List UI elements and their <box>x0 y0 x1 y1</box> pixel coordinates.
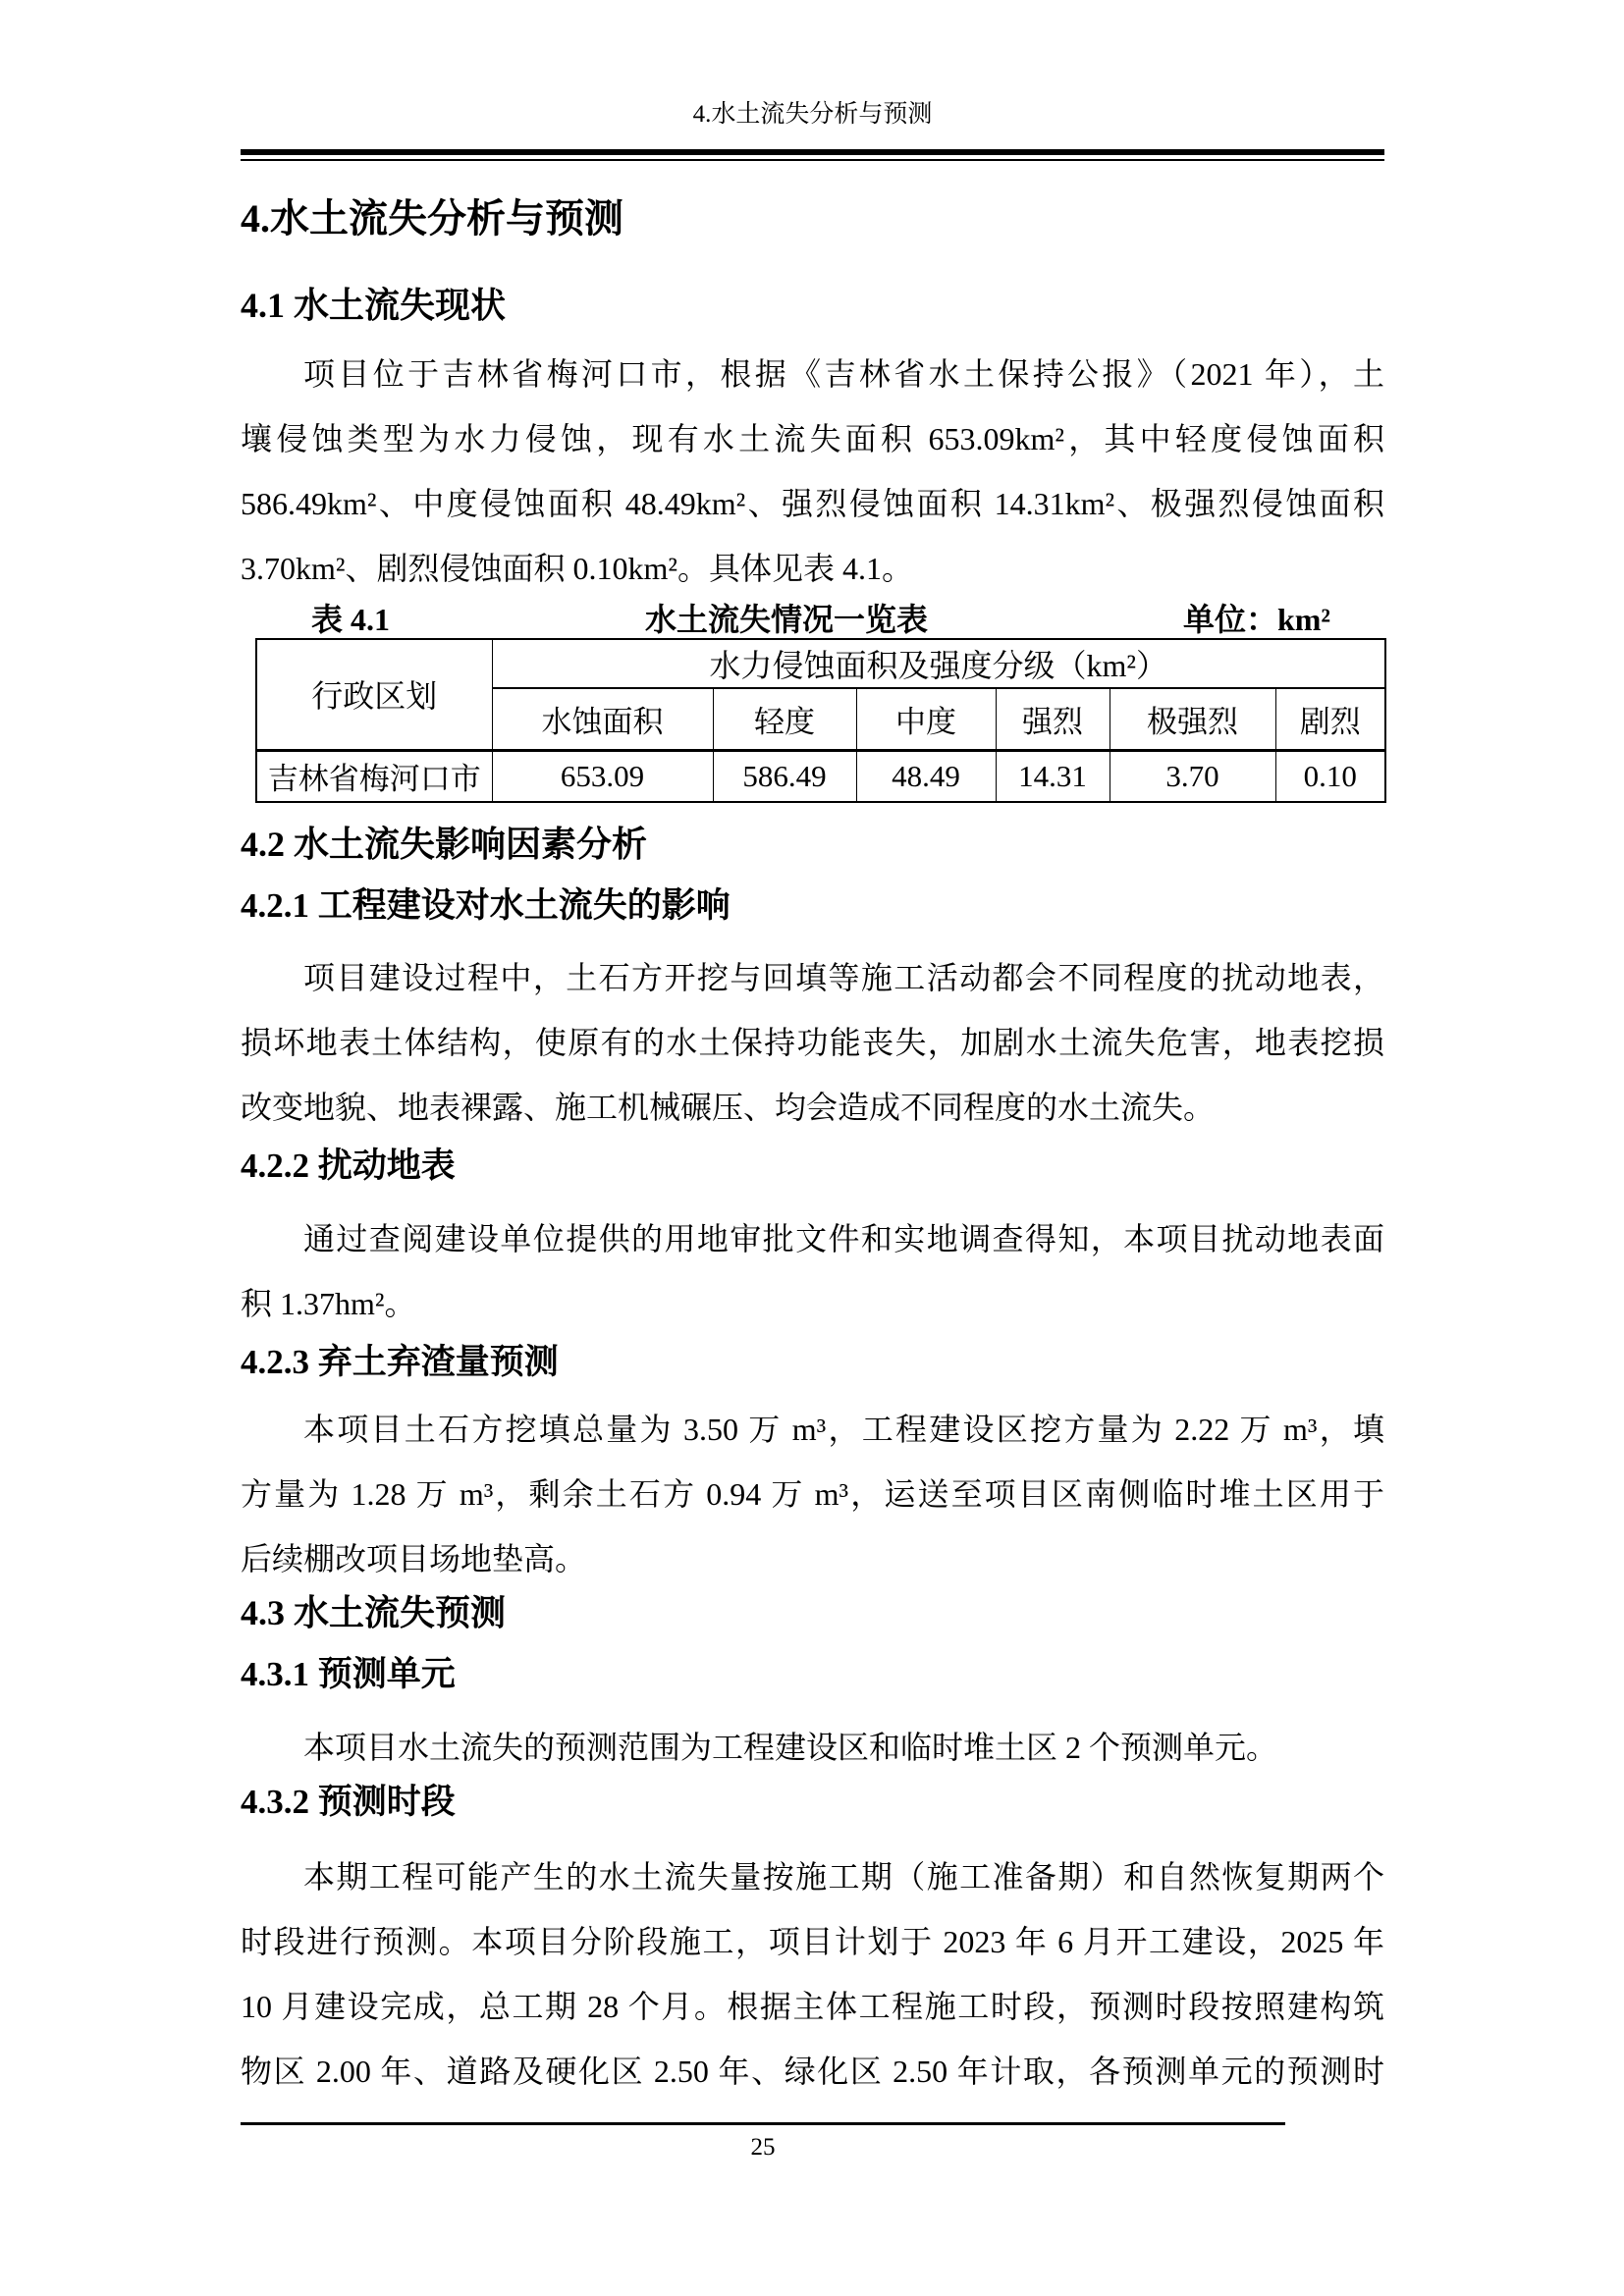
value-cell: 653.09 <box>492 750 713 802</box>
heading-4-3-1: 4.3.1 预测单元 <box>241 1654 1384 1695</box>
body-line: 项目位于吉林省梅河口市，根据《吉林省水土保持公报》（2021 年），土 <box>241 342 1384 406</box>
header-rule <box>241 149 1384 161</box>
heading-4-3-2: 4.3.2 预测时段 <box>241 1782 1384 1823</box>
column-header-cell: 中度 <box>856 688 996 750</box>
column-header-cell: 强烈 <box>996 688 1110 750</box>
table-caption-title: 水土流失情况一览表 <box>645 601 928 638</box>
body-line: 项目建设过程中，土石方开挖与回填等施工活动都会不同程度的扰动地表， <box>241 945 1384 1010</box>
body-line: 586.49km²、中度侵蚀面积 48.49km²、强烈侵蚀面积 14.31km… <box>241 471 1384 536</box>
region-cell: 吉林省梅河口市 <box>256 750 492 802</box>
column-header-cell: 极强烈 <box>1110 688 1275 750</box>
erosion-table: 行政区划 水力侵蚀面积及强度分级（km²） 水蚀面积 轻度 中度 强烈 极强烈 … <box>255 638 1386 803</box>
body-line: 物区 2.00 年、道路及硬化区 2.50 年、绿化区 2.50 年计取，各预测… <box>241 2039 1384 2104</box>
table-caption-unit: 单位：km² <box>1183 601 1330 638</box>
page-header-text: 4.水土流失分析与预测 <box>241 0 1384 130</box>
paragraph-5: 本项目水土流失的预测范围为工程建设区和临时堆土区 2 个预测单元。 <box>241 1715 1384 1780</box>
heading-4-3: 4.3 水土流失预测 <box>241 1591 1384 1634</box>
heading-4-2: 4.2 水土流失影响因素分析 <box>241 823 1384 866</box>
page-number: 25 <box>241 2125 1285 2163</box>
body-line: 积 1.37hm²。 <box>241 1271 1384 1336</box>
corner-header-cell: 行政区划 <box>256 639 492 750</box>
document-page: 4.水土流失分析与预测 4.水土流失分析与预测 4.1 水土流失现状 项目位于吉… <box>0 0 1624 2296</box>
body-line: 方量为 1.28 万 m³，剩余土石方 0.94 万 m³，运送至项目区南侧临时… <box>241 1462 1384 1526</box>
group-header-cell: 水力侵蚀面积及强度分级（km²） <box>492 639 1385 688</box>
value-cell: 48.49 <box>856 750 996 802</box>
body-line: 损坏地表土体结构，使原有的水土保持功能丧失，加剧水土流失危害，地表挖损 <box>241 1010 1384 1075</box>
value-cell: 3.70 <box>1110 750 1275 802</box>
table-group-header-row: 行政区划 水力侵蚀面积及强度分级（km²） <box>256 639 1385 688</box>
paragraph-1: 项目位于吉林省梅河口市，根据《吉林省水土保持公报》（2021 年），土 壤侵蚀类… <box>241 342 1384 601</box>
document-title: 4.水土流失分析与预测 <box>241 193 1384 244</box>
table-caption: 表 4.1 水土流失情况一览表 单位：km² <box>241 601 1384 638</box>
page-content: 4.水土流失分析与预测 4.水土流失分析与预测 4.1 水土流失现状 项目位于吉… <box>0 0 1624 2104</box>
heading-4-2-2: 4.2.2 扰动地表 <box>241 1146 1384 1187</box>
body-line: 10 月建设完成，总工期 28 个月。根据主体工程施工时段，预测时段按照建构筑 <box>241 1974 1384 2039</box>
body-line: 后续棚改项目场地垫高。 <box>241 1526 1384 1591</box>
paragraph-6: 本期工程可能产生的水土流失量按施工期（施工准备期）和自然恢复期两个 时段进行预测… <box>241 1844 1384 2104</box>
page-footer: 25 <box>241 2122 1285 2163</box>
heading-4-2-3: 4.2.3 弃土弃渣量预测 <box>241 1342 1384 1383</box>
column-header-cell: 水蚀面积 <box>492 688 713 750</box>
body-line: 3.70km²、剧烈侵蚀面积 0.10km²。具体见表 4.1。 <box>241 536 1384 601</box>
column-header-cell: 轻度 <box>713 688 856 750</box>
paragraph-2: 项目建设过程中，土石方开挖与回填等施工活动都会不同程度的扰动地表， 损坏地表土体… <box>241 945 1384 1140</box>
paragraph-3: 通过查阅建设单位提供的用地审批文件和实地调查得知，本项目扰动地表面 积 1.37… <box>241 1206 1384 1336</box>
paragraph-4: 本项目土石方挖填总量为 3.50 万 m³，工程建设区挖方量为 2.22 万 m… <box>241 1397 1384 1591</box>
value-cell: 586.49 <box>713 750 856 802</box>
body-line: 壤侵蚀类型为水力侵蚀，现有水土流失面积 653.09km²，其中轻度侵蚀面积 <box>241 406 1384 471</box>
column-header-cell: 剧烈 <box>1275 688 1385 750</box>
body-line: 通过查阅建设单位提供的用地审批文件和实地调查得知，本项目扰动地表面 <box>241 1206 1384 1271</box>
body-line: 时段进行预测。本项目分阶段施工，项目计划于 2023 年 6 月开工建设，202… <box>241 1909 1384 1974</box>
body-line: 本项目土石方挖填总量为 3.50 万 m³，工程建设区挖方量为 2.22 万 m… <box>241 1397 1384 1462</box>
heading-4-2-1: 4.2.1 工程建设对水土流失的影响 <box>241 885 1384 927</box>
heading-4-1: 4.1 水土流失现状 <box>241 284 1384 327</box>
body-line: 本期工程可能产生的水土流失量按施工期（施工准备期）和自然恢复期两个 <box>241 1844 1384 1909</box>
table-caption-label: 表 4.1 <box>311 601 390 638</box>
body-line: 改变地貌、地表裸露、施工机械碾压、均会造成不同程度的水土流失。 <box>241 1075 1384 1140</box>
value-cell: 0.10 <box>1275 750 1385 802</box>
table-row: 吉林省梅河口市 653.09 586.49 48.49 14.31 3.70 0… <box>256 750 1385 802</box>
body-line: 本项目水土流失的预测范围为工程建设区和临时堆土区 2 个预测单元。 <box>241 1715 1384 1780</box>
value-cell: 14.31 <box>996 750 1110 802</box>
